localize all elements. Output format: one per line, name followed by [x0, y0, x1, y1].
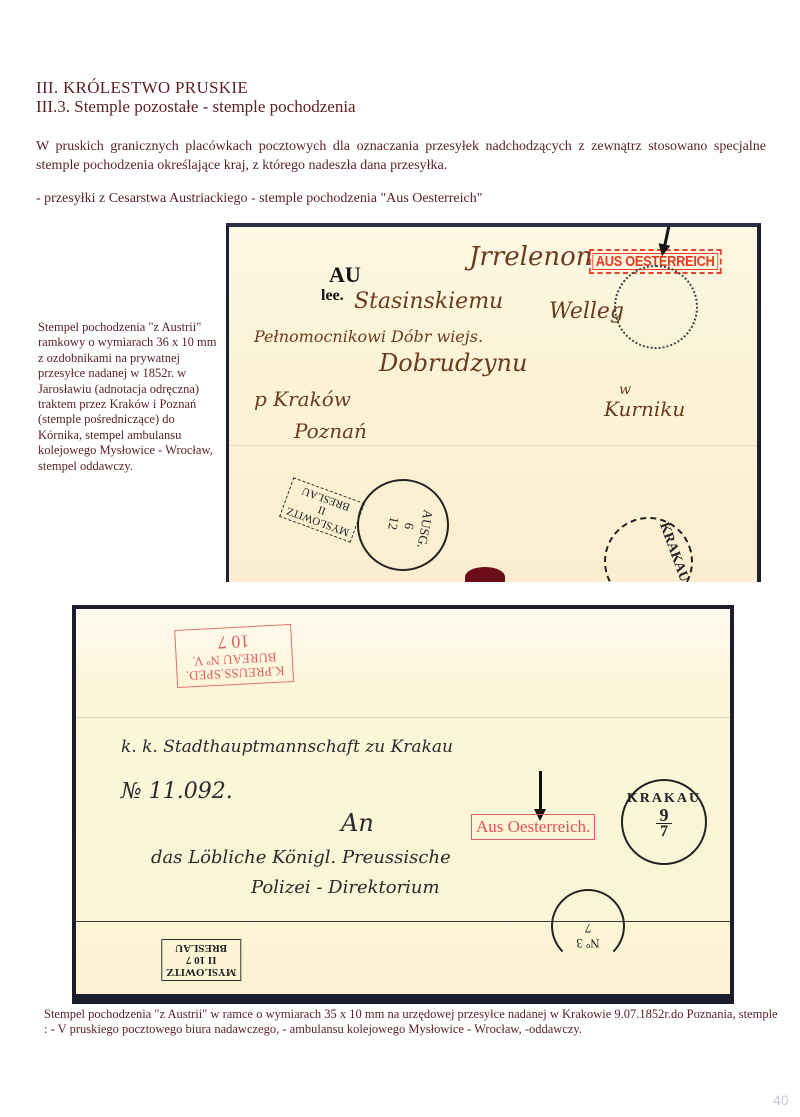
handwriting-line: das Löbliche Königl. Preussische [151, 847, 451, 868]
origin-stamp: Aus Oesterreich. [471, 814, 595, 840]
au-mark: AU [329, 262, 361, 288]
lee-mark: lee. [321, 287, 344, 305]
handwriting-line: Jrrelenon [469, 242, 593, 272]
handwriting-line: Stasinskiemu [354, 289, 503, 314]
handwriting-line: Polizei - Direktorium [251, 877, 440, 898]
intro-paragraph: W pruskich granicznych placówkach poczto… [36, 137, 766, 175]
handwriting-line: Dobrudzynu [379, 349, 527, 377]
handwriting-line: An [341, 809, 374, 837]
subheading: - przesyłki z Cesarstwa Austriackiego - … [36, 191, 482, 207]
handwriting-line: w [619, 382, 631, 398]
handwriting-line: k. k. Stadthauptmannschaft zu Krakau [121, 737, 453, 757]
back-postmark: Nº 3 7 [551, 889, 625, 963]
cover-image-1: AUS OESTERREICH AU lee. Jrrelenon Stasin… [226, 223, 761, 582]
rail-postmark: MYSLOWITZ II 10 7 BRESLAU [161, 939, 241, 981]
section-title: III.3. Stemple pozostałe - stemple pocho… [36, 97, 356, 117]
arrow-icon [663, 223, 675, 249]
arrow-icon [539, 771, 542, 813]
fold-line [76, 717, 730, 718]
krakau-postmark: KRAKAU [591, 504, 705, 582]
krakau-postmark: KRAKAU 9 7 [621, 779, 707, 865]
cover2-caption: Stempel pochodzenia "z Austrii" w ramce … [44, 1007, 784, 1037]
postmark-dotted [614, 265, 698, 349]
cover-image-2: K.PREUSS.SPED. BUREAU Nº V. 10 7 k. k. S… [72, 605, 734, 1004]
handwriting-line: № 11.092. [121, 779, 233, 804]
wax-seal [465, 567, 505, 582]
cover1-caption: Stempel pochodzenia "z Austrii" ramkowy … [38, 320, 218, 474]
handwriting-line: Welleg [549, 299, 624, 324]
page-number: 40 [773, 1092, 789, 1108]
rail-postmark: MYSLOWITZ II BRESLAU [279, 477, 365, 542]
ausg-postmark: AUSG. 6 12 [350, 472, 457, 579]
red-office-stamp: K.PREUSS.SPED. BUREAU Nº V. 10 7 [175, 624, 295, 688]
handwriting-line: Poznań [294, 419, 367, 443]
fold-line [229, 445, 757, 446]
fold-line [76, 921, 730, 922]
handwriting-line: Pełnomocnikowi Dóbr wiejs. [254, 327, 483, 346]
chapter-title: III. KRÓLESTWO PRUSKIE [36, 78, 248, 98]
handwriting-line: p Kraków [254, 387, 351, 411]
handwriting-line: Kurniku [604, 397, 685, 421]
